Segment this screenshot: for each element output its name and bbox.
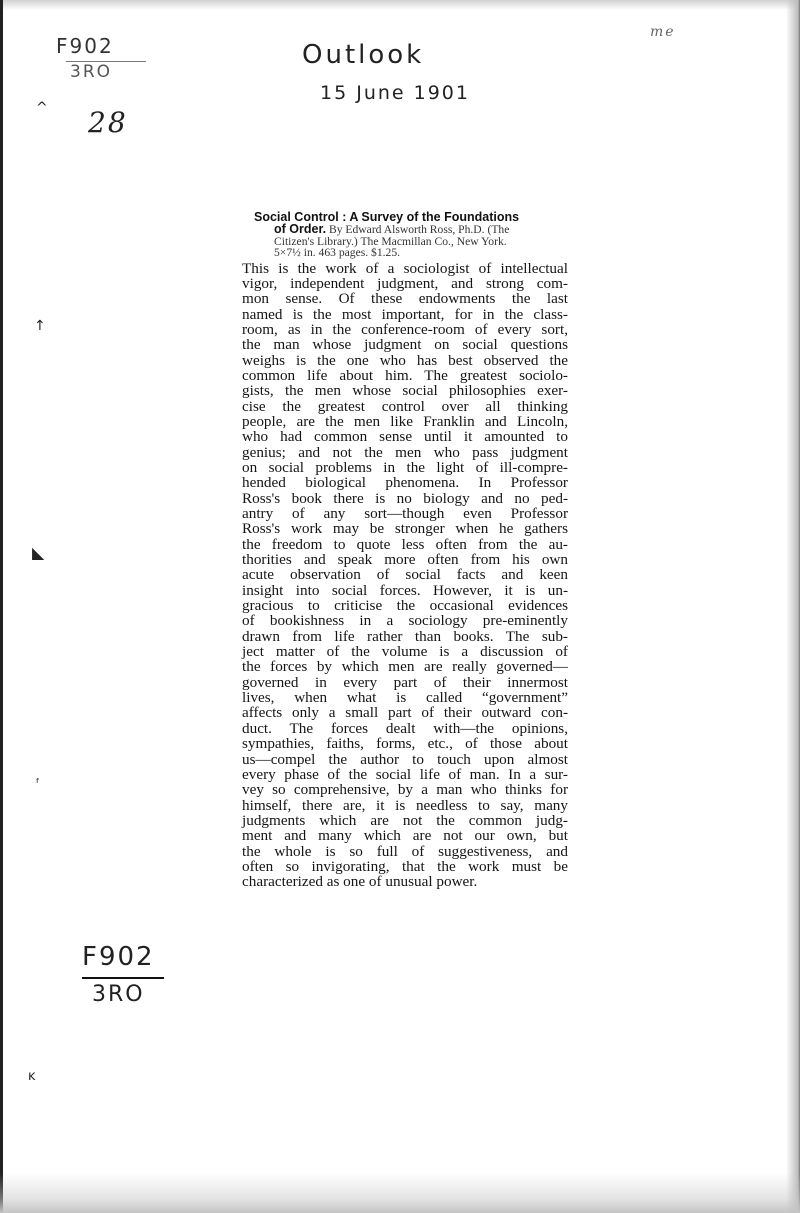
publication-name: Outlook bbox=[302, 40, 424, 70]
review-body-line: ment and many which are not our own, but bbox=[242, 828, 568, 843]
review-body-line: genius; and not the men who pass judgmen… bbox=[242, 445, 568, 460]
review-body-line: duct. The forces dealt with—the opinions… bbox=[242, 721, 568, 736]
catalog-code-top: F902 bbox=[56, 34, 114, 58]
scan-edge-bottom bbox=[0, 1173, 800, 1213]
review-body-line: lives, when what is called “government” bbox=[242, 690, 568, 705]
review-body-line: governed in every part of their innermos… bbox=[242, 675, 568, 690]
margin-tick-mark: ᶠ bbox=[36, 776, 40, 790]
review-body-line: the man whose judgment on social questio… bbox=[242, 337, 568, 352]
margin-tick-mark: ↑ bbox=[34, 318, 46, 334]
review-body-line: vigor, independent judgment, and strong … bbox=[242, 276, 568, 291]
review-body-line: judgments which are not the common judg- bbox=[242, 813, 568, 828]
review-body-line: This is the work of a sociologist of int… bbox=[242, 261, 568, 276]
review-body-line: mon sense. Of these endowments the last bbox=[242, 291, 568, 306]
review-body-line: Ross's book there is no biology and no p… bbox=[242, 491, 568, 506]
review-body-line: the whole is so full of suggestiveness, … bbox=[242, 844, 568, 859]
review-body-line: affects only a small part of their outwa… bbox=[242, 705, 568, 720]
scan-edge-right bbox=[786, 0, 800, 1213]
scan-edge-left bbox=[0, 0, 3, 1213]
byline-line: 5×7½ in. 463 pages. $1.25. bbox=[274, 246, 400, 259]
margin-blot-mark: ◣ bbox=[32, 543, 44, 562]
review-body-line: drawn from life rather than books. The s… bbox=[242, 629, 568, 644]
review-body-line: acute observation of social facts and ke… bbox=[242, 567, 568, 582]
review-body-line: on social problems in the light of ill-c… bbox=[242, 460, 568, 475]
review-body-line: hended biological phenomena. In Professo… bbox=[242, 475, 568, 490]
bibliographic-info: of Order. By Edward Alsworth Ross, Ph.D.… bbox=[274, 224, 568, 259]
review-body-line: who had common sense until it amounted t… bbox=[242, 429, 568, 444]
review-body-line: every phase of the social life of man. I… bbox=[242, 767, 568, 782]
review-body-line: gists, the men whose social philosophies… bbox=[242, 383, 568, 398]
catalog-code-bottom-sub: 3RO bbox=[92, 982, 145, 1007]
review-body-line: the forces by which men are really gover… bbox=[242, 659, 568, 674]
review-body-line: ject matter of the volume is a discussio… bbox=[242, 644, 568, 659]
catalog-code-bottom: F902 bbox=[82, 942, 155, 972]
review-body-line: named is the most important, for in the … bbox=[242, 307, 568, 322]
review-body-line: antry of any sort—though even Professor bbox=[242, 506, 568, 521]
review-body-line: Ross's work may be stronger when he gath… bbox=[242, 521, 568, 536]
review-body-line: thorities and speak more often from his … bbox=[242, 552, 568, 567]
review-body-line: common life about him. The greatest soci… bbox=[242, 368, 568, 383]
review-body-line: himself, there are, it is needless to sa… bbox=[242, 798, 568, 813]
catalog-code-bottom-divider bbox=[82, 977, 164, 979]
handwritten-page-number: 28 bbox=[88, 106, 128, 139]
caret-mark: ^ bbox=[36, 100, 50, 116]
review-body-line: people, are the men like Franklin and Li… bbox=[242, 414, 568, 429]
review-body-line: weighs is the one who has best observed … bbox=[242, 353, 568, 368]
review-body-line: us—compel the author to touch upon almos… bbox=[242, 752, 568, 767]
review-body-line: often so invigorating, that the work mus… bbox=[242, 859, 568, 874]
scan-edge-top bbox=[0, 0, 800, 10]
review-body-line: insight into social forces. However, it … bbox=[242, 583, 568, 598]
review-body-line: gracious to criticise the occasional evi… bbox=[242, 598, 568, 613]
review-body-line: vey so comprehensive, by a man who think… bbox=[242, 782, 568, 797]
margin-tick-mark: ĸ bbox=[28, 1069, 36, 1084]
review-body-line: room, as in the conference-room of every… bbox=[242, 322, 568, 337]
review-body-line: of bookishness in a sociology pre-eminen… bbox=[242, 613, 568, 628]
review-body-line: cise the greatest control over all think… bbox=[242, 399, 568, 414]
review-body-line: characterized as one of unusual power. bbox=[242, 874, 568, 889]
review-body-line: the freedom to quote less often from the… bbox=[242, 537, 568, 552]
reviewer-initials: me bbox=[650, 24, 676, 40]
catalog-code-top-sub: 3RO bbox=[70, 62, 112, 82]
review-body: This is the work of a sociologist of int… bbox=[242, 261, 568, 890]
book-review-clipping: Social Control : A Survey of the Foundat… bbox=[242, 210, 568, 890]
review-body-line: sympathies, faiths, forms, etc., of thos… bbox=[242, 736, 568, 751]
publication-date: 15 June 1901 bbox=[320, 82, 470, 104]
